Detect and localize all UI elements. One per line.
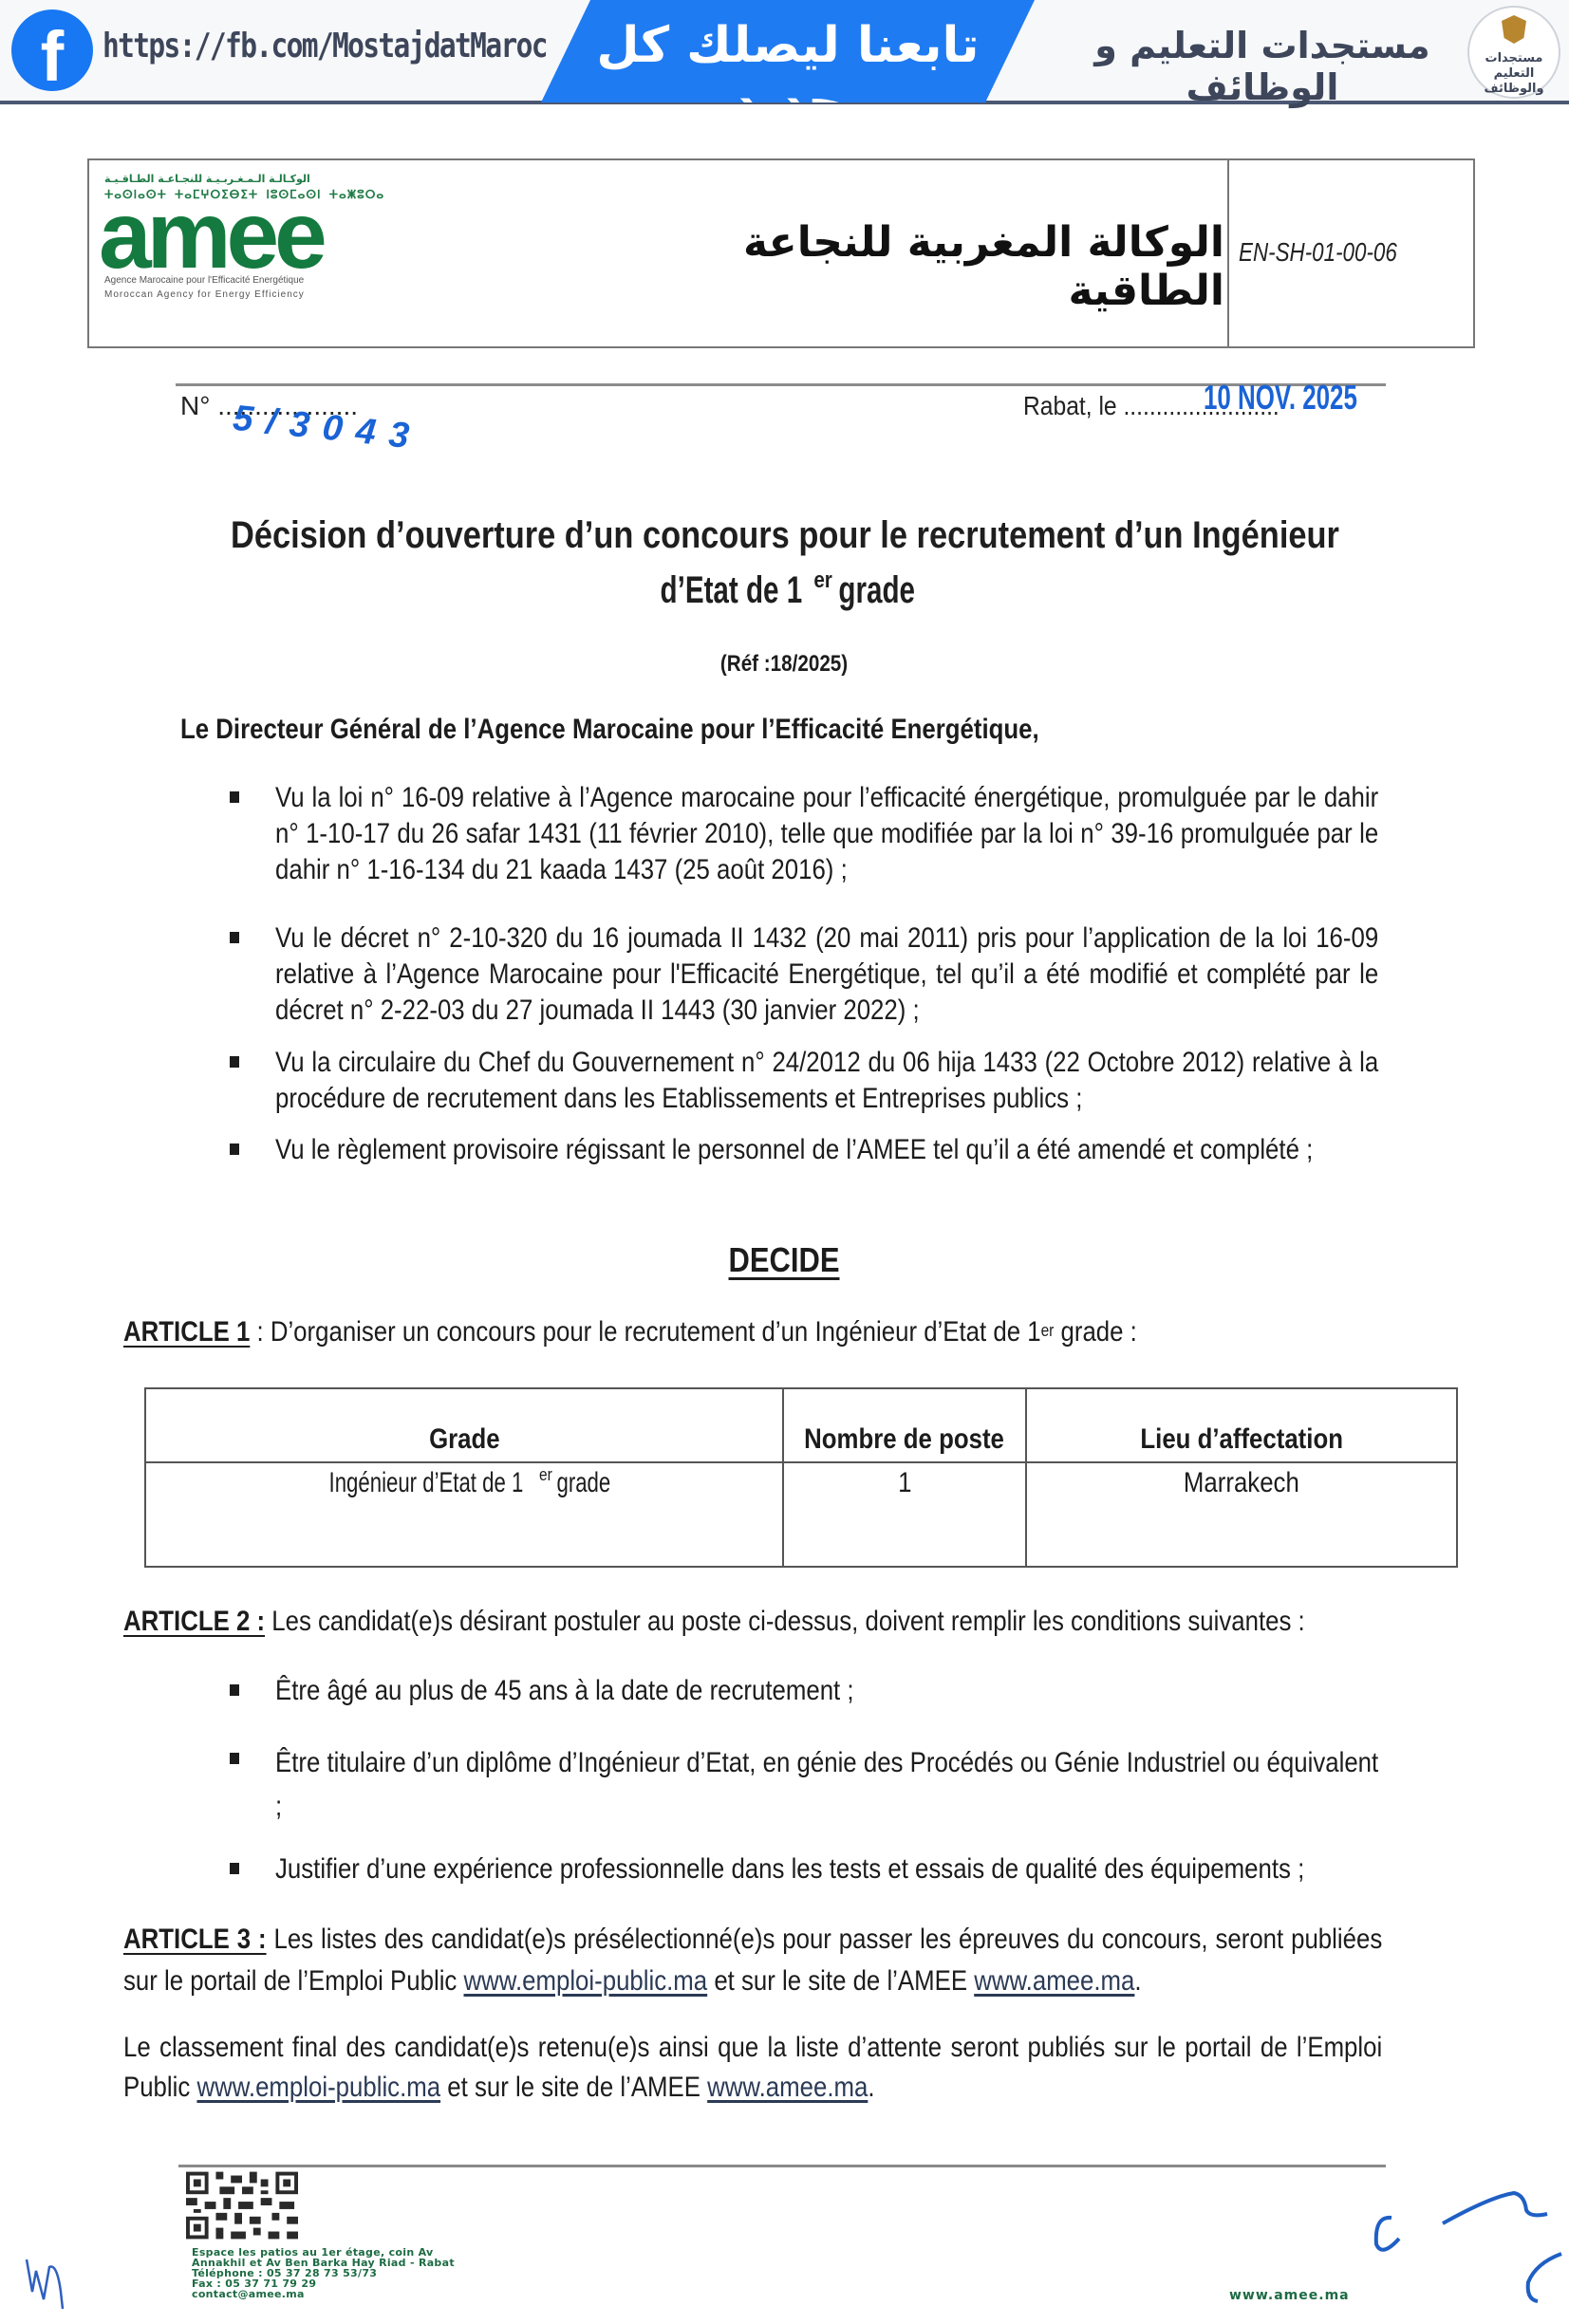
consideration-item: Vu le décret n° 2-10-320 du 16 joumada I… [275,920,1378,1029]
condition-item: Être titulaire d’un diplôme d’Ingénieur … [275,1741,1378,1829]
qr-code-icon[interactable] [186,2171,298,2240]
amee-website-link[interactable]: www.amee.ma [707,2072,868,2103]
amee-logo: amee [99,188,323,283]
letterhead-divider [1227,158,1229,348]
table-header-divider [146,1461,1456,1463]
bullet-icon [230,1684,239,1696]
follow-banner[interactable]: تابعنا ليصلك كل جديد [541,0,1035,102]
table-header-grade: Grade [146,1423,782,1456]
decide-heading: DECIDE [0,1240,1569,1280]
bullet-icon [230,1863,239,1874]
condition-item: Être âgé au plus de 45 ans à la date de … [275,1673,1378,1709]
facebook-icon[interactable]: f [11,9,93,91]
bullet-icon [230,791,239,803]
emploi-public-link[interactable]: www.emploi-public.ma [463,1965,707,1997]
article-1: ARTICLE 1 : D’organiser un concours pour… [123,1314,1386,1350]
coat-of-arms-icon [1502,15,1526,44]
decision-title-line2: d’Etat de 1er grade [0,569,1569,612]
table-cell-count: 1 [784,1467,1025,1499]
reference-number: (Réf :18/2025) [0,651,1569,678]
logo-french-text: Agence Marocaine pour l'Efficacité Energ… [104,275,304,286]
contact-email[interactable]: contact@amee.ma [192,2289,455,2299]
table-cell-location: Marrakech [1027,1467,1456,1499]
consideration-item: Vu la circulaire du Chef du Gouvernement… [275,1045,1378,1117]
consideration-item: Vu la loi n° 16-09 relative à l’Agence m… [275,780,1378,888]
positions-table: Grade Nombre de poste Lieu d’affectation… [144,1387,1458,1568]
document-code: EN-SH-01-00-06 [1239,237,1397,268]
facebook-url-link[interactable]: https://fb.com/MostajdatMaroc [103,27,547,65]
article-3: ARTICLE 3 : Les listes des candidat(e)s … [123,1919,1382,2002]
logo-english-text: Moroccan Agency for Energy Efficiency [104,289,305,300]
bullet-icon [230,1753,239,1764]
article-2-label: ARTICLE 2 : [123,1606,265,1637]
consideration-item: Vu le règlement provisoire régissant le … [275,1132,1378,1168]
site-logo: مستجدات التعليم والوظائف [1467,6,1560,99]
agency-name-arabic: الوكالة المغربية للنجاعة الطاقية [664,218,1224,315]
bullet-icon [230,1143,239,1155]
emploi-public-link[interactable]: www.emploi-public.ma [196,2072,440,2103]
amee-website-link[interactable]: www.amee.ma [974,1965,1134,1997]
site-title: مستجدات التعليم و الوظائف [1082,25,1443,108]
table-header-location: Lieu d’affectation [1027,1423,1456,1456]
article-2: ARTICLE 2 : Les candidat(e)s désirant po… [123,1604,1386,1640]
bullet-icon [230,1056,239,1068]
final-ranking-paragraph: Le classement final des candidat(e)s ret… [123,2028,1382,2108]
table-cell-grade: Ingénieur d’Etat de 1er grade [146,1467,782,1499]
article-3-label: ARTICLE 3 : [123,1924,267,1955]
decision-title-line1: Décision d’ouverture d’un concours pour … [0,514,1569,557]
date-stamp: 10 NOV. 2025 [1204,378,1357,418]
article-1-label: ARTICLE 1 [123,1316,250,1348]
site-logo-text: مستجدات التعليم والوظائف [1469,51,1559,97]
footer-address: Espace les patios au 1er étage, coin Av … [192,2247,455,2299]
footer-rule [178,2165,1386,2167]
bullet-icon [230,932,239,943]
handwritten-signature [1367,2187,1566,2320]
table-header-count: Nombre de poste [784,1423,1025,1456]
number-stamp: 5/3043 [231,399,424,459]
initials-signature [19,2254,76,2311]
footer-website-link[interactable]: www.amee.ma [1229,2288,1350,2303]
follow-text: تابعنا ليصلك كل جديد [541,17,1035,131]
preamble: Le Directeur Général de l’Agence Marocai… [180,714,1039,746]
condition-item: Justifier d’une expérience professionnel… [275,1851,1378,1887]
